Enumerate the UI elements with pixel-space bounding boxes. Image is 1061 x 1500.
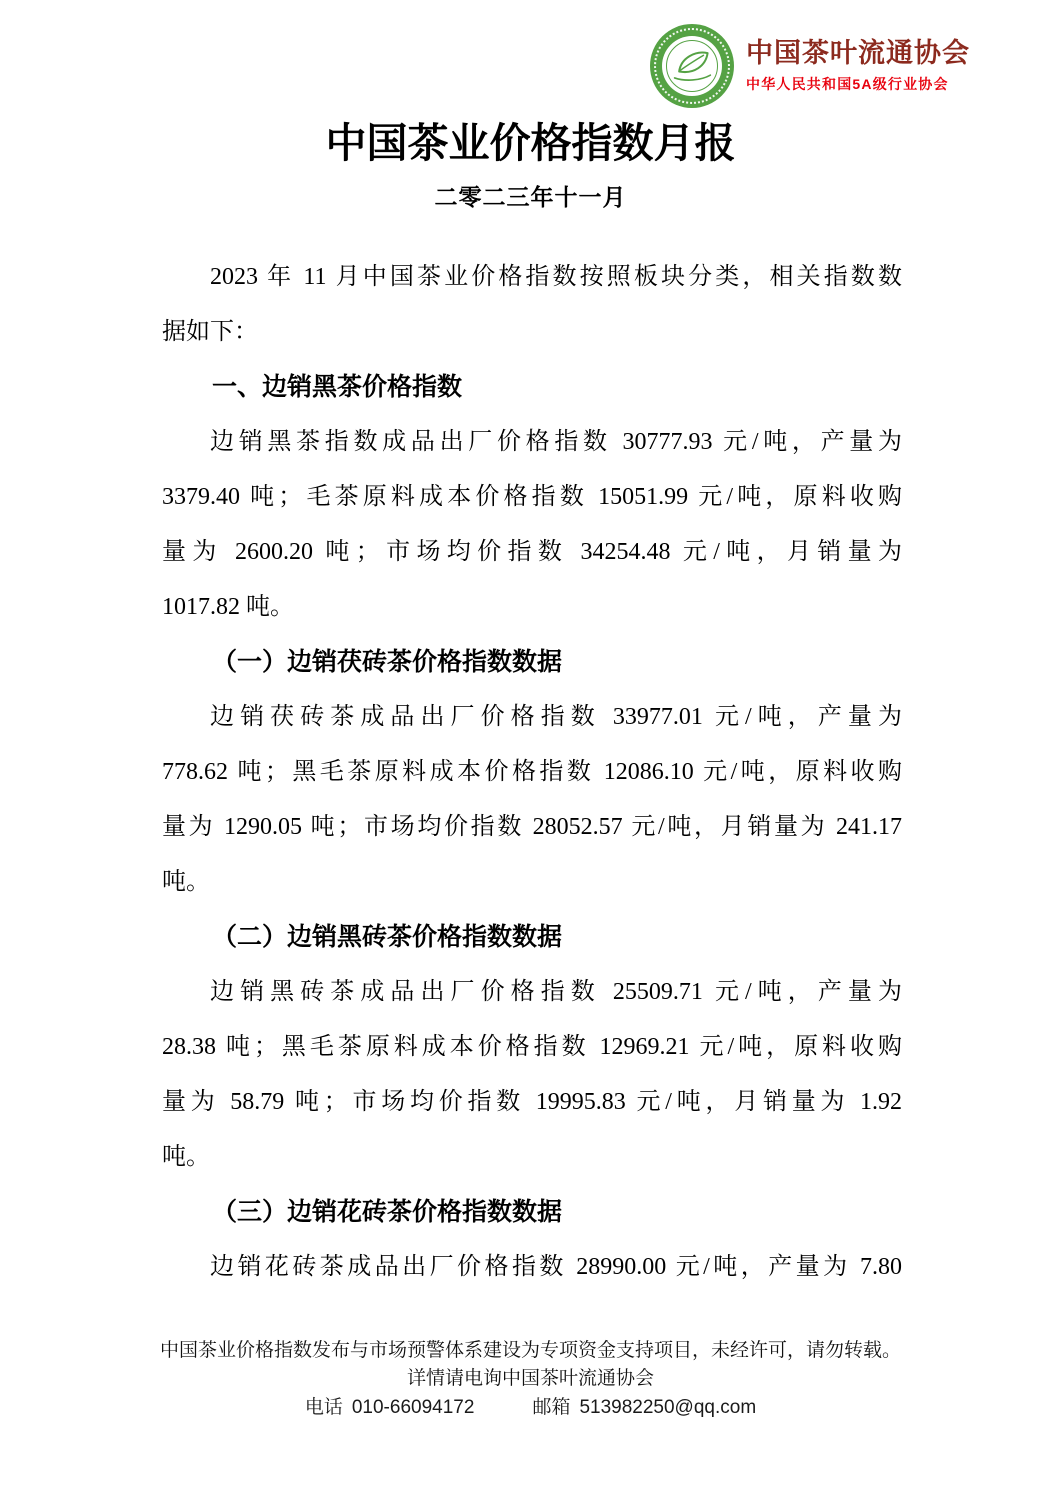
phone-label: 电话 xyxy=(305,1397,343,1418)
body-line: 量为 58.79 吨；市场均价指数 19995.83 元/吨，月销量为 1.92 xyxy=(162,1075,902,1130)
intro-line: 据如下： xyxy=(162,305,902,360)
report-page: 中国茶叶流通协会 中华人民共和国5A级行业协会 中国茶业价格指数月报 二零二三年… xyxy=(0,0,1061,1500)
footer-phone: 电话010-66094172 xyxy=(305,1393,475,1422)
body-line: 量为 2600.20 吨；市场均价指数 34254.48 元/吨，月销量为 xyxy=(162,525,902,580)
body-line: 1017.82 吨。 xyxy=(162,580,902,635)
intro-line: 2023 年 11 月中国茶业价格指数按照板块分类，相关指数数 xyxy=(162,250,902,305)
report-period: 二零二三年十一月 xyxy=(0,179,1061,212)
email-label: 邮箱 xyxy=(532,1397,570,1418)
org-subtitle: 中华人民共和国5A级行业协会 xyxy=(746,74,970,94)
body-line: 吨。 xyxy=(162,855,902,910)
email-address: 513982250@qq.com xyxy=(579,1397,756,1418)
leaf-icon xyxy=(670,44,714,88)
phone-number: 010-66094172 xyxy=(352,1397,475,1418)
body-line: 量为 1290.05 吨；市场均价指数 28052.57 元/吨，月销量为 24… xyxy=(162,800,902,855)
tea-leaf-emblem-icon xyxy=(650,24,734,108)
footer-inquiry: 详情请电询中国茶叶流通协会 xyxy=(0,1365,1061,1393)
org-text: 中国茶叶流通协会 中华人民共和国5A级行业协会 xyxy=(746,38,970,94)
page-footer: 中国茶业价格指数发布与市场预警体系建设为专项资金支持项目，未经许可，请勿转载。 … xyxy=(0,1337,1061,1422)
body-line: 边销黑砖茶成品出厂价格指数 25509.71 元/吨，产量为 xyxy=(162,965,902,1020)
emblem-inner-circle xyxy=(666,40,718,92)
section-heading-1-2: （二）边销黑砖茶价格指数数据 xyxy=(162,910,902,965)
footer-contact: 电话010-66094172 邮箱513982250@qq.com xyxy=(0,1393,1061,1422)
org-logo: 中国茶叶流通协会 中华人民共和国5A级行业协会 xyxy=(650,24,970,108)
report-title: 中国茶业价格指数月报 xyxy=(0,120,1061,167)
body-line: 边销黑茶指数成品出厂价格指数 30777.93 元/吨，产量为 xyxy=(162,415,902,470)
section-heading-1-1: （一）边销茯砖茶价格指数数据 xyxy=(162,635,902,690)
body-line: 28.38 吨；黑毛茶原料成本价格指数 12969.21 元/吨，原料收购 xyxy=(162,1020,902,1075)
report-body: 2023 年 11 月中国茶业价格指数按照板块分类，相关指数数 据如下： 一、边… xyxy=(162,250,902,1295)
section-heading-1: 一、边销黑茶价格指数 xyxy=(162,360,902,415)
section-heading-1-3: （三）边销花砖茶价格指数数据 xyxy=(162,1185,902,1240)
body-line: 吨。 xyxy=(162,1130,902,1185)
org-name: 中国茶叶流通协会 xyxy=(746,38,970,69)
body-line: 778.62 吨；黑毛茶原料成本价格指数 12086.10 元/吨，原料收购 xyxy=(162,745,902,800)
body-line: 边销茯砖茶成品出厂价格指数 33977.01 元/吨，产量为 xyxy=(162,690,902,745)
body-line: 边销花砖茶成品出厂价格指数 28990.00 元/吨，产量为 7.80 xyxy=(162,1240,902,1295)
body-line: 3379.40 吨；毛茶原料成本价格指数 15051.99 元/吨，原料收购 xyxy=(162,470,902,525)
footer-email: 邮箱513982250@qq.com xyxy=(532,1393,756,1422)
footer-notice: 中国茶业价格指数发布与市场预警体系建设为专项资金支持项目，未经许可，请勿转载。 xyxy=(0,1337,1061,1365)
